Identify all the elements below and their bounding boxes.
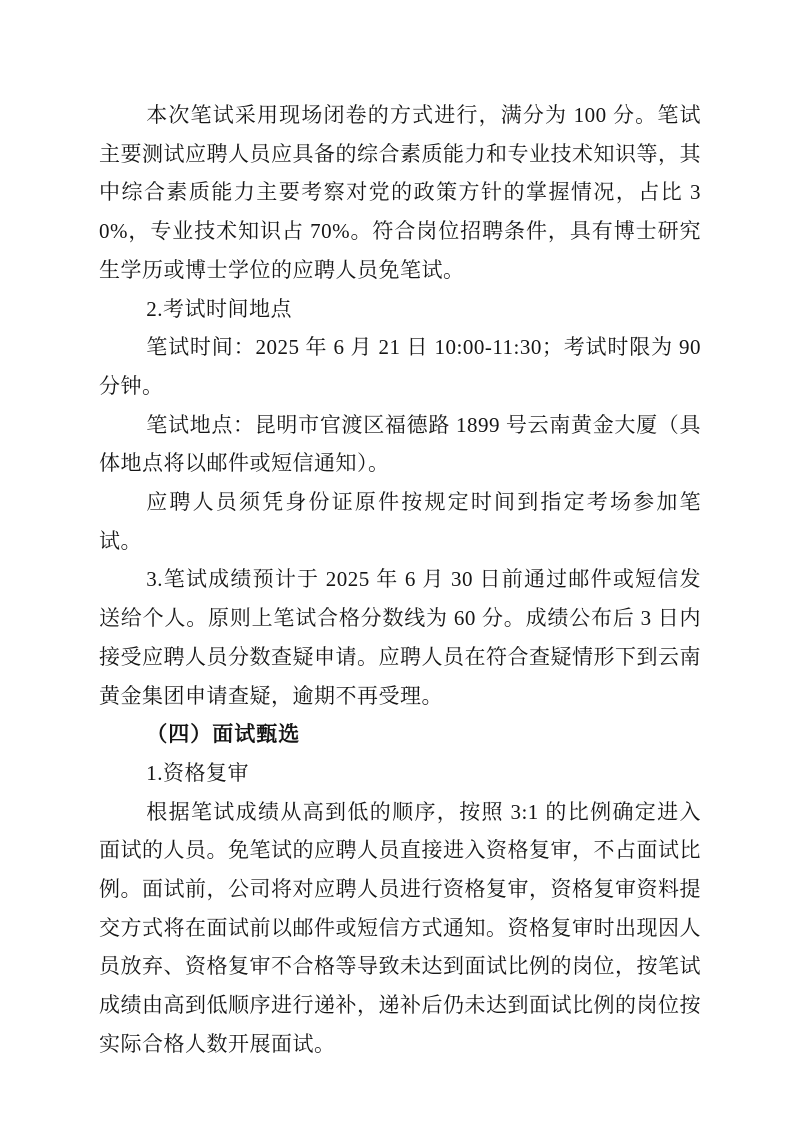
heading-interview-selection: （四）面试甄选	[99, 715, 701, 754]
paragraph-written-test-format: 本次笔试采用现场闭卷的方式进行，满分为 100 分。笔试主要测试应聘人员应具备的…	[99, 96, 701, 290]
paragraph-written-test-time: 笔试时间：2025 年 6 月 21 日 10:00-11:30；考试时限为 9…	[99, 328, 701, 405]
document-body: 本次笔试采用现场闭卷的方式进行，满分为 100 分。笔试主要测试应聘人员应具备的…	[99, 96, 701, 1064]
paragraph-written-test-results: 3.笔试成绩预计于 2025 年 6 月 30 日前通过邮件或短信发送给个人。原…	[99, 560, 701, 715]
paragraph-written-test-location: 笔试地点：昆明市官渡区福德路 1899 号云南黄金大厦（具体地点将以邮件或短信通…	[99, 406, 701, 483]
subheading-exam-time-location: 2.考试时间地点	[99, 290, 701, 329]
document-page: 本次笔试采用现场闭卷的方式进行，满分为 100 分。笔试主要测试应聘人员应具备的…	[0, 0, 793, 1122]
subheading-qualification-review: 1.资格复审	[99, 754, 701, 793]
paragraph-id-requirement: 应聘人员须凭身份证原件按规定时间到指定考场参加笔试。	[99, 483, 701, 560]
paragraph-qualification-review-details: 根据笔试成绩从高到低的顺序，按照 3:1 的比例确定进入面试的人员。免笔试的应聘…	[99, 793, 701, 1064]
